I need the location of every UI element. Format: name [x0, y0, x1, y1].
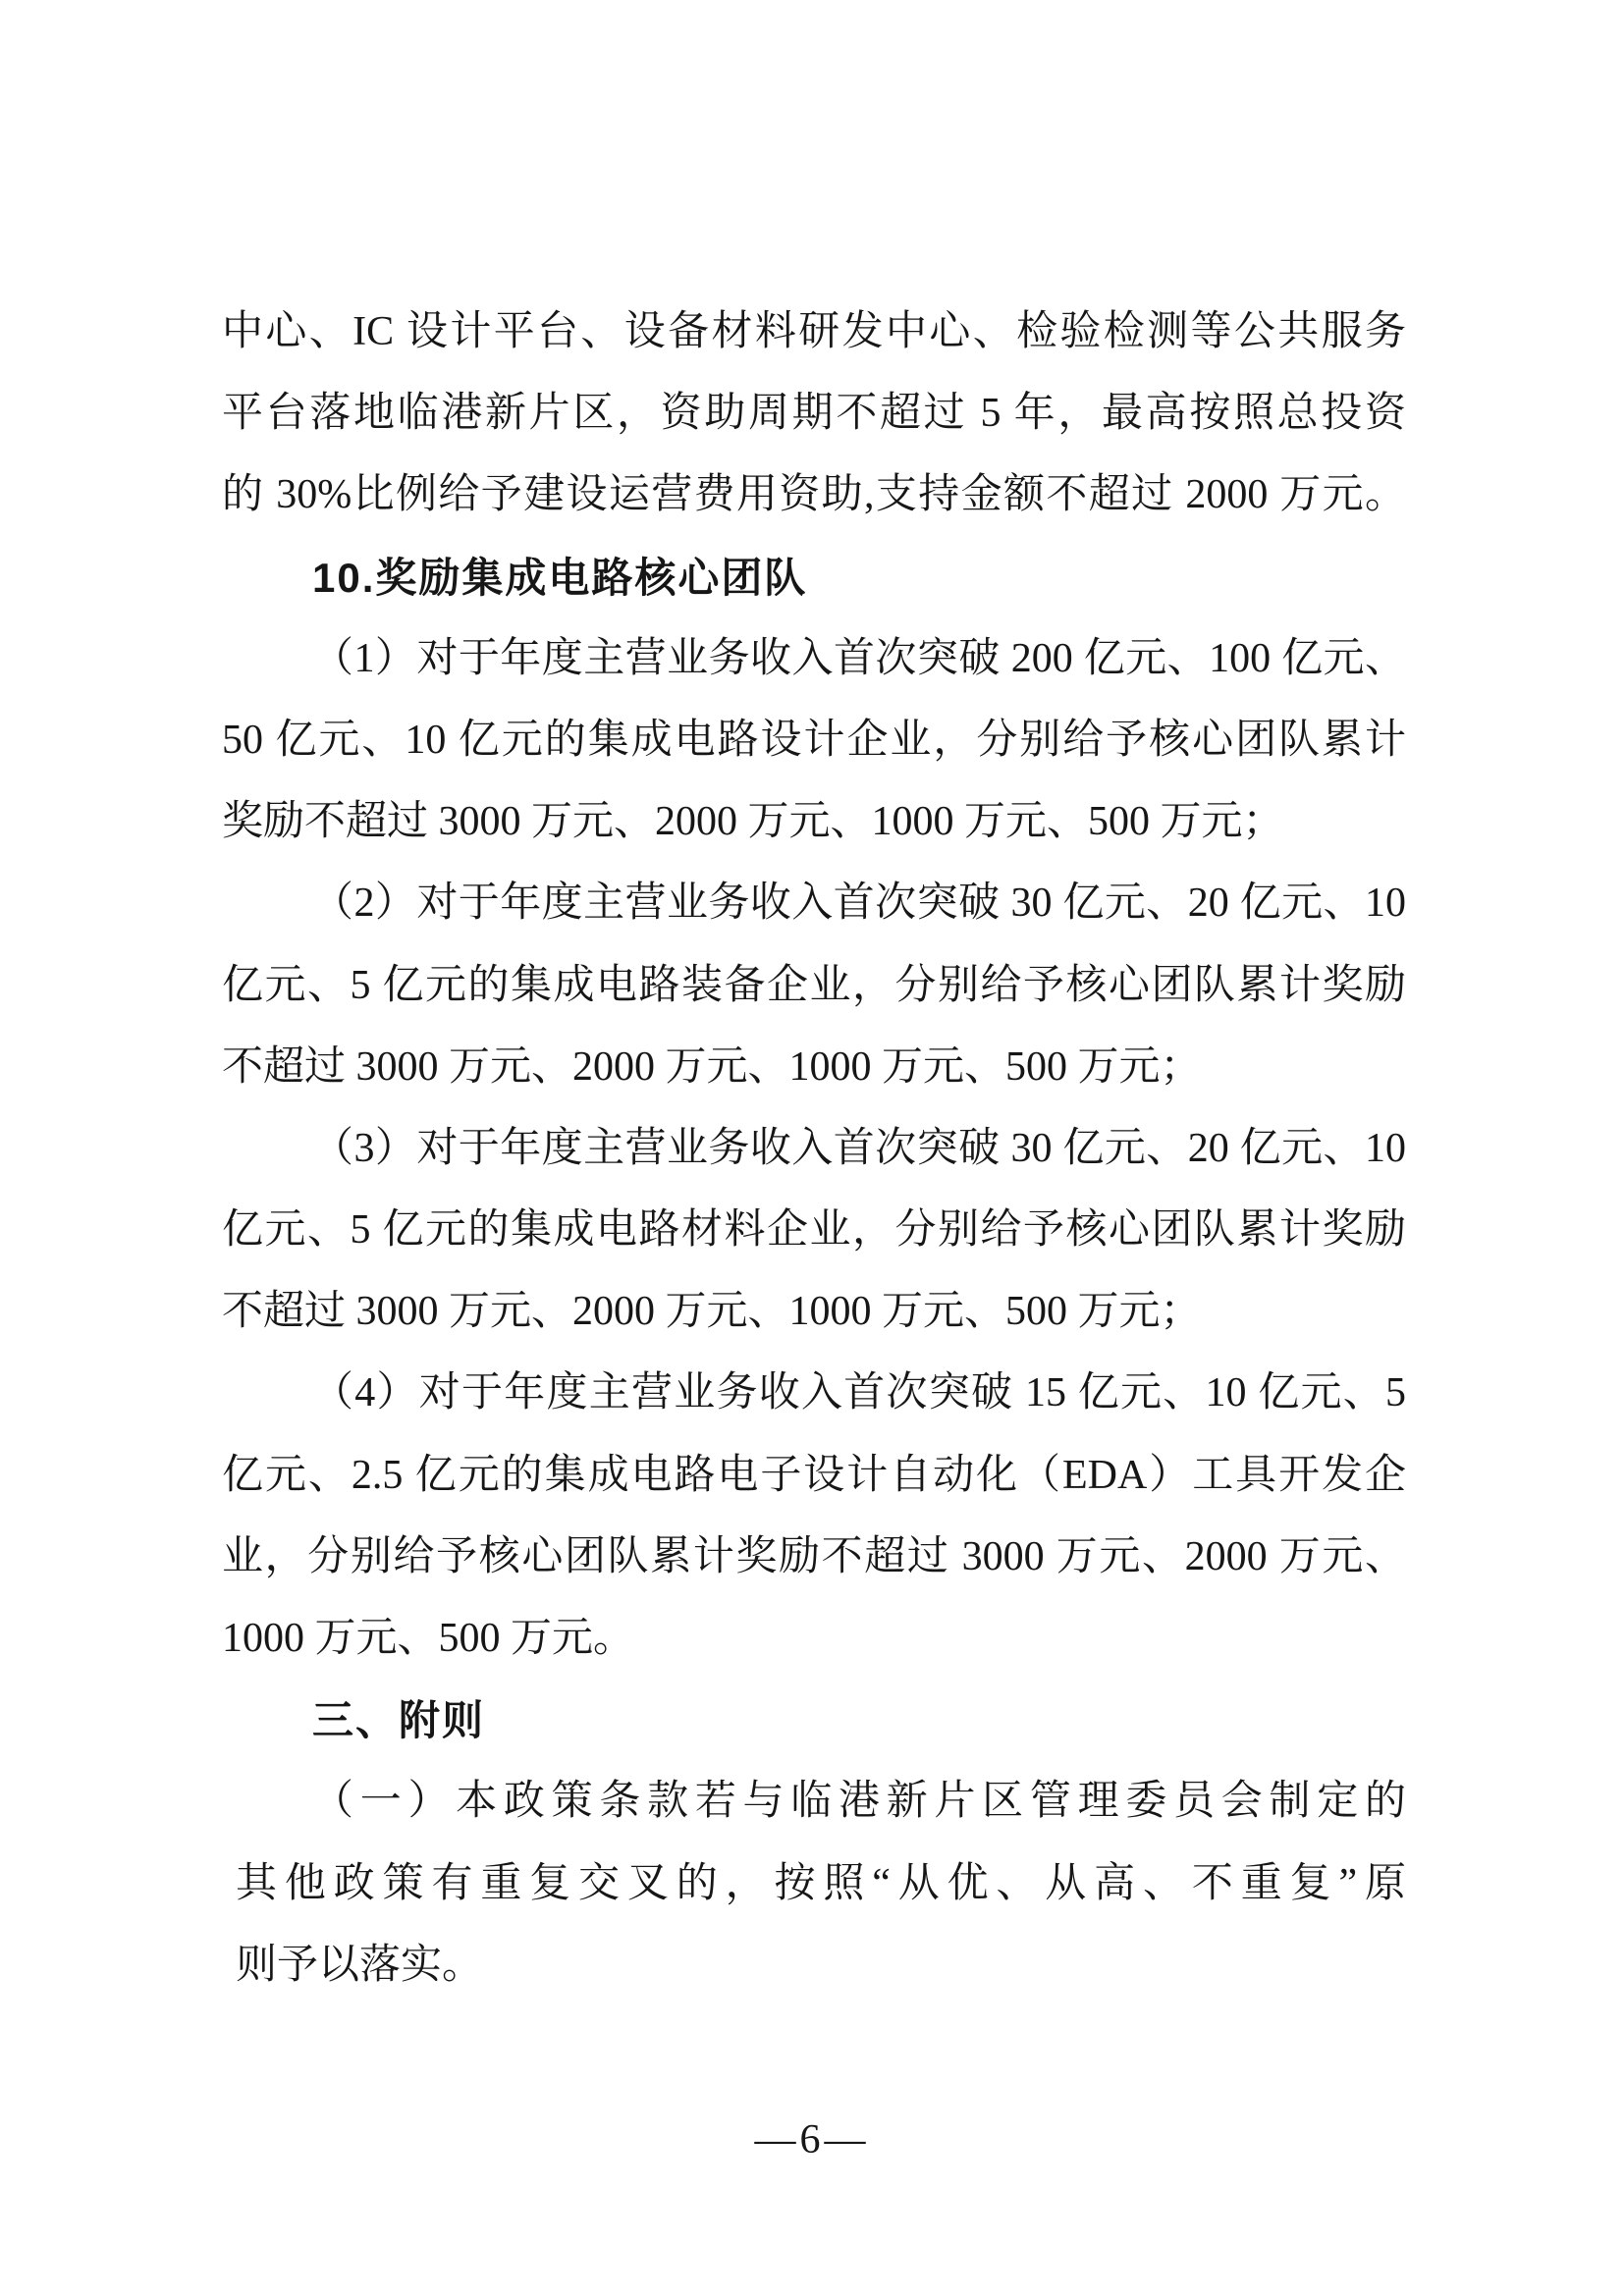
- text-line: 其他政策有重复交叉的，按照“从优、从高、不重复”原: [222, 1843, 1406, 1925]
- paragraph: （1）对于年度主营业务收入首次突破 200 亿元、100 亿元、 50 亿元、1…: [222, 618, 1406, 864]
- page-footer: —6—: [0, 2110, 1624, 2178]
- page-number: —6—: [755, 2117, 870, 2163]
- document-page: 中心、IC 设计平台、设备材料研发中心、检验检测等公共服务 平台落地临港新片区，…: [0, 0, 1624, 2296]
- text-line: （2）对于年度主营业务收入首次突破 30 亿元、20 亿元、10: [222, 863, 1406, 944]
- text-line: 业，分别给予核心团队累计奖励不超过 3000 万元、2000 万元、: [222, 1517, 1406, 1598]
- text-line: 中心、IC 设计平台、设备材料研发中心、检验检测等公共服务: [222, 292, 1406, 373]
- paragraph: （2）对于年度主营业务收入首次突破 30 亿元、20 亿元、10 亿元、5 亿元…: [222, 863, 1406, 1108]
- text-line: 的 30%比例给予建设运营费用资助,支持金额不超过 2000 万元。: [222, 454, 1406, 536]
- text-line: 亿元、2.5 亿元的集成电路电子设计自动化（EDA）工具开发企: [222, 1435, 1406, 1517]
- paragraph: （一）本政策条款若与临港新片区管理委员会制定的 其他政策有重复交叉的，按照“从优…: [222, 1761, 1406, 2006]
- text-line: （4）对于年度主营业务收入首次突破 15 亿元、10 亿元、5: [222, 1353, 1406, 1434]
- text-line: 50 亿元、10 亿元的集成电路设计企业，分别给予核心团队累计: [222, 700, 1406, 781]
- paragraph: （3）对于年度主营业务收入首次突破 30 亿元、20 亿元、10 亿元、5 亿元…: [222, 1108, 1406, 1354]
- paragraph: 三、附则: [222, 1680, 1406, 1761]
- text-line: （1）对于年度主营业务收入首次突破 200 亿元、100 亿元、: [222, 618, 1406, 700]
- text-line: 亿元、5 亿元的集成电路材料企业，分别给予核心团队累计奖励: [222, 1190, 1406, 1271]
- text-line: 亿元、5 亿元的集成电路装备企业，分别给予核心团队累计奖励: [222, 945, 1406, 1027]
- text-line: （一）本政策条款若与临港新片区管理委员会制定的: [222, 1761, 1406, 1842]
- document-body: 中心、IC 设计平台、设备材料研发中心、检验检测等公共服务 平台落地临港新片区，…: [222, 292, 1406, 2006]
- heading-appendix: 三、附则: [222, 1680, 1406, 1761]
- text-line: （3）对于年度主营业务收入首次突破 30 亿元、20 亿元、10: [222, 1108, 1406, 1190]
- paragraph: 中心、IC 设计平台、设备材料研发中心、检验检测等公共服务 平台落地临港新片区，…: [222, 292, 1406, 537]
- text-line: 平台落地临港新片区，资助周期不超过 5 年，最高按照总投资: [222, 373, 1406, 454]
- paragraph: （4）对于年度主营业务收入首次突破 15 亿元、10 亿元、5 亿元、2.5 亿…: [222, 1353, 1406, 1680]
- text-line: 则予以落实。: [222, 1925, 1406, 2006]
- text-line: 1000 万元、500 万元。: [222, 1598, 1406, 1680]
- text-line: 不超过 3000 万元、2000 万元、1000 万元、500 万元；: [222, 1271, 1406, 1353]
- text-line: 不超过 3000 万元、2000 万元、1000 万元、500 万元；: [222, 1027, 1406, 1108]
- text-line: 奖励不超过 3000 万元、2000 万元、1000 万元、500 万元；: [222, 781, 1406, 863]
- heading-10-core-team: 10.奖励集成电路核心团队: [222, 537, 1406, 618]
- paragraph: 10.奖励集成电路核心团队: [222, 537, 1406, 618]
